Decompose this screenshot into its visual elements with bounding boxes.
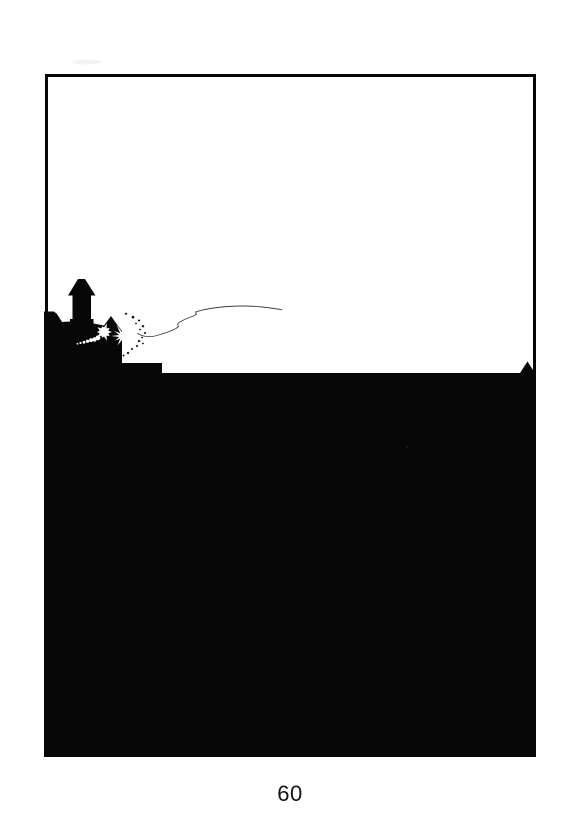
scan-smudge xyxy=(71,60,101,65)
book-page: 60 xyxy=(0,0,580,826)
trajectory-line xyxy=(138,306,283,337)
ink-speck xyxy=(406,446,408,448)
comic-panel-illustration xyxy=(0,0,580,826)
building-and-ground-silhouette xyxy=(44,279,536,757)
page-number: 60 xyxy=(0,783,580,805)
